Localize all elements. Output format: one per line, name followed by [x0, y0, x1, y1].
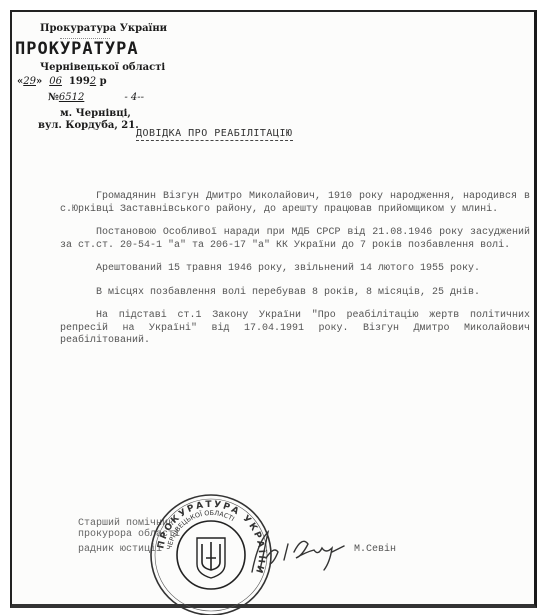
- date-year-suffix: 2: [90, 76, 96, 87]
- header-organization: ПРОКУРАТУРА: [15, 39, 139, 59]
- header-date: «29» 06 1992 р: [17, 76, 107, 87]
- number-value: 6512: [59, 92, 84, 103]
- number-extra: - 4--: [124, 92, 144, 103]
- handwritten-signature: [244, 522, 354, 582]
- date-year-prefix: 199: [69, 76, 90, 87]
- document-title: ДОВІДКА ПРО РЕАБІЛІТАЦІЮ: [136, 128, 293, 141]
- header-ministry: Прокуратура України: [40, 23, 167, 34]
- paragraph-arrest: Арештований 15 травня 1946 року, звільне…: [60, 263, 530, 276]
- paragraph-biography: Громадянин Візгун Дмитро Миколайович, 19…: [60, 191, 530, 216]
- header-street: вул. Кордуба, 21.: [38, 120, 139, 131]
- paragraph-sentence: Постановою Особливої наради при МДБ СРСР…: [60, 227, 530, 252]
- paragraph-rehabilitation: На підставі ст.1 Закону України "Про реа…: [60, 310, 530, 348]
- document-body: Громадянин Візгун Дмитро Миколайович, 19…: [60, 191, 530, 359]
- number-prefix: №: [48, 92, 59, 103]
- signatory-name: М.Севін: [354, 544, 396, 555]
- date-year-end: р: [100, 76, 107, 87]
- date-month: 06: [49, 76, 62, 87]
- document-page: Прокуратура України ПРОКУРАТУРА Чернівец…: [10, 10, 537, 608]
- paragraph-term: В місцях позбавлення волі перебував 8 ро…: [60, 287, 530, 300]
- date-day: 29: [23, 76, 36, 87]
- header-city: м. Чернівці,: [60, 108, 131, 119]
- trident-emblem-icon: [197, 538, 225, 578]
- header-number: №6512- 4--: [48, 92, 144, 103]
- header-region: Чернівецької області: [40, 62, 165, 73]
